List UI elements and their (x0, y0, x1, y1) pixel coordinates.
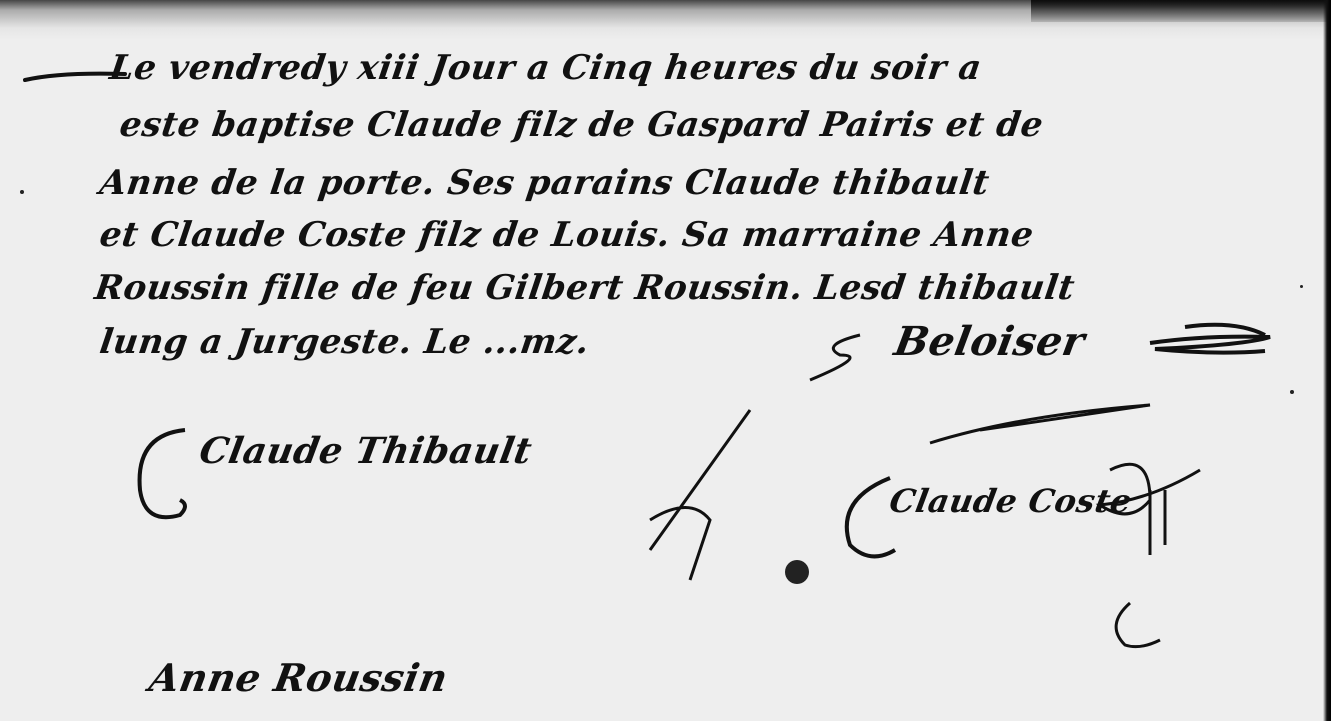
body-line-1: Le vendredy xiii Jour a Cinq heures du s… (107, 48, 984, 88)
scan-speck (1290, 390, 1294, 394)
scan-speck (1300, 285, 1303, 288)
large-c-icon (125, 420, 195, 530)
body-line-4: et Claude Coste filz de Louis. Sa marrai… (97, 215, 1036, 255)
body-line-6: lung a Jurgeste. Le ...mz. (97, 322, 592, 362)
scan-right-edge (1323, 0, 1331, 721)
body-line-5: Roussin fille de feu Gilbert Roussin. Le… (92, 268, 1077, 308)
signature-curate: Beloiser (891, 318, 1089, 365)
signature-underline-icon (920, 385, 1160, 455)
signature-godmother: Anne Roussin (146, 655, 451, 700)
scan-top-shadow-dark (1031, 0, 1331, 22)
curate-paraph-icon (800, 325, 900, 385)
signature-godfather-2: Claude Coste (887, 482, 1135, 520)
paraph-flourish-icon (1145, 315, 1285, 365)
scan-speck (20, 190, 24, 194)
body-line-2: este baptise Claude filz de Gaspard Pair… (117, 105, 1046, 145)
godfather-1-paraph-icon (600, 400, 760, 590)
initial-c-icon (1100, 595, 1170, 655)
ink-blot (785, 560, 809, 584)
c-flourish-icon (830, 470, 900, 570)
signature-godfather-1: Claude Thibault (196, 430, 535, 472)
scanned-manuscript-page: Le vendredy xiii Jour a Cinq heures du s… (0, 0, 1331, 721)
body-line-3: Anne de la porte. Ses parains Claude thi… (97, 163, 992, 203)
